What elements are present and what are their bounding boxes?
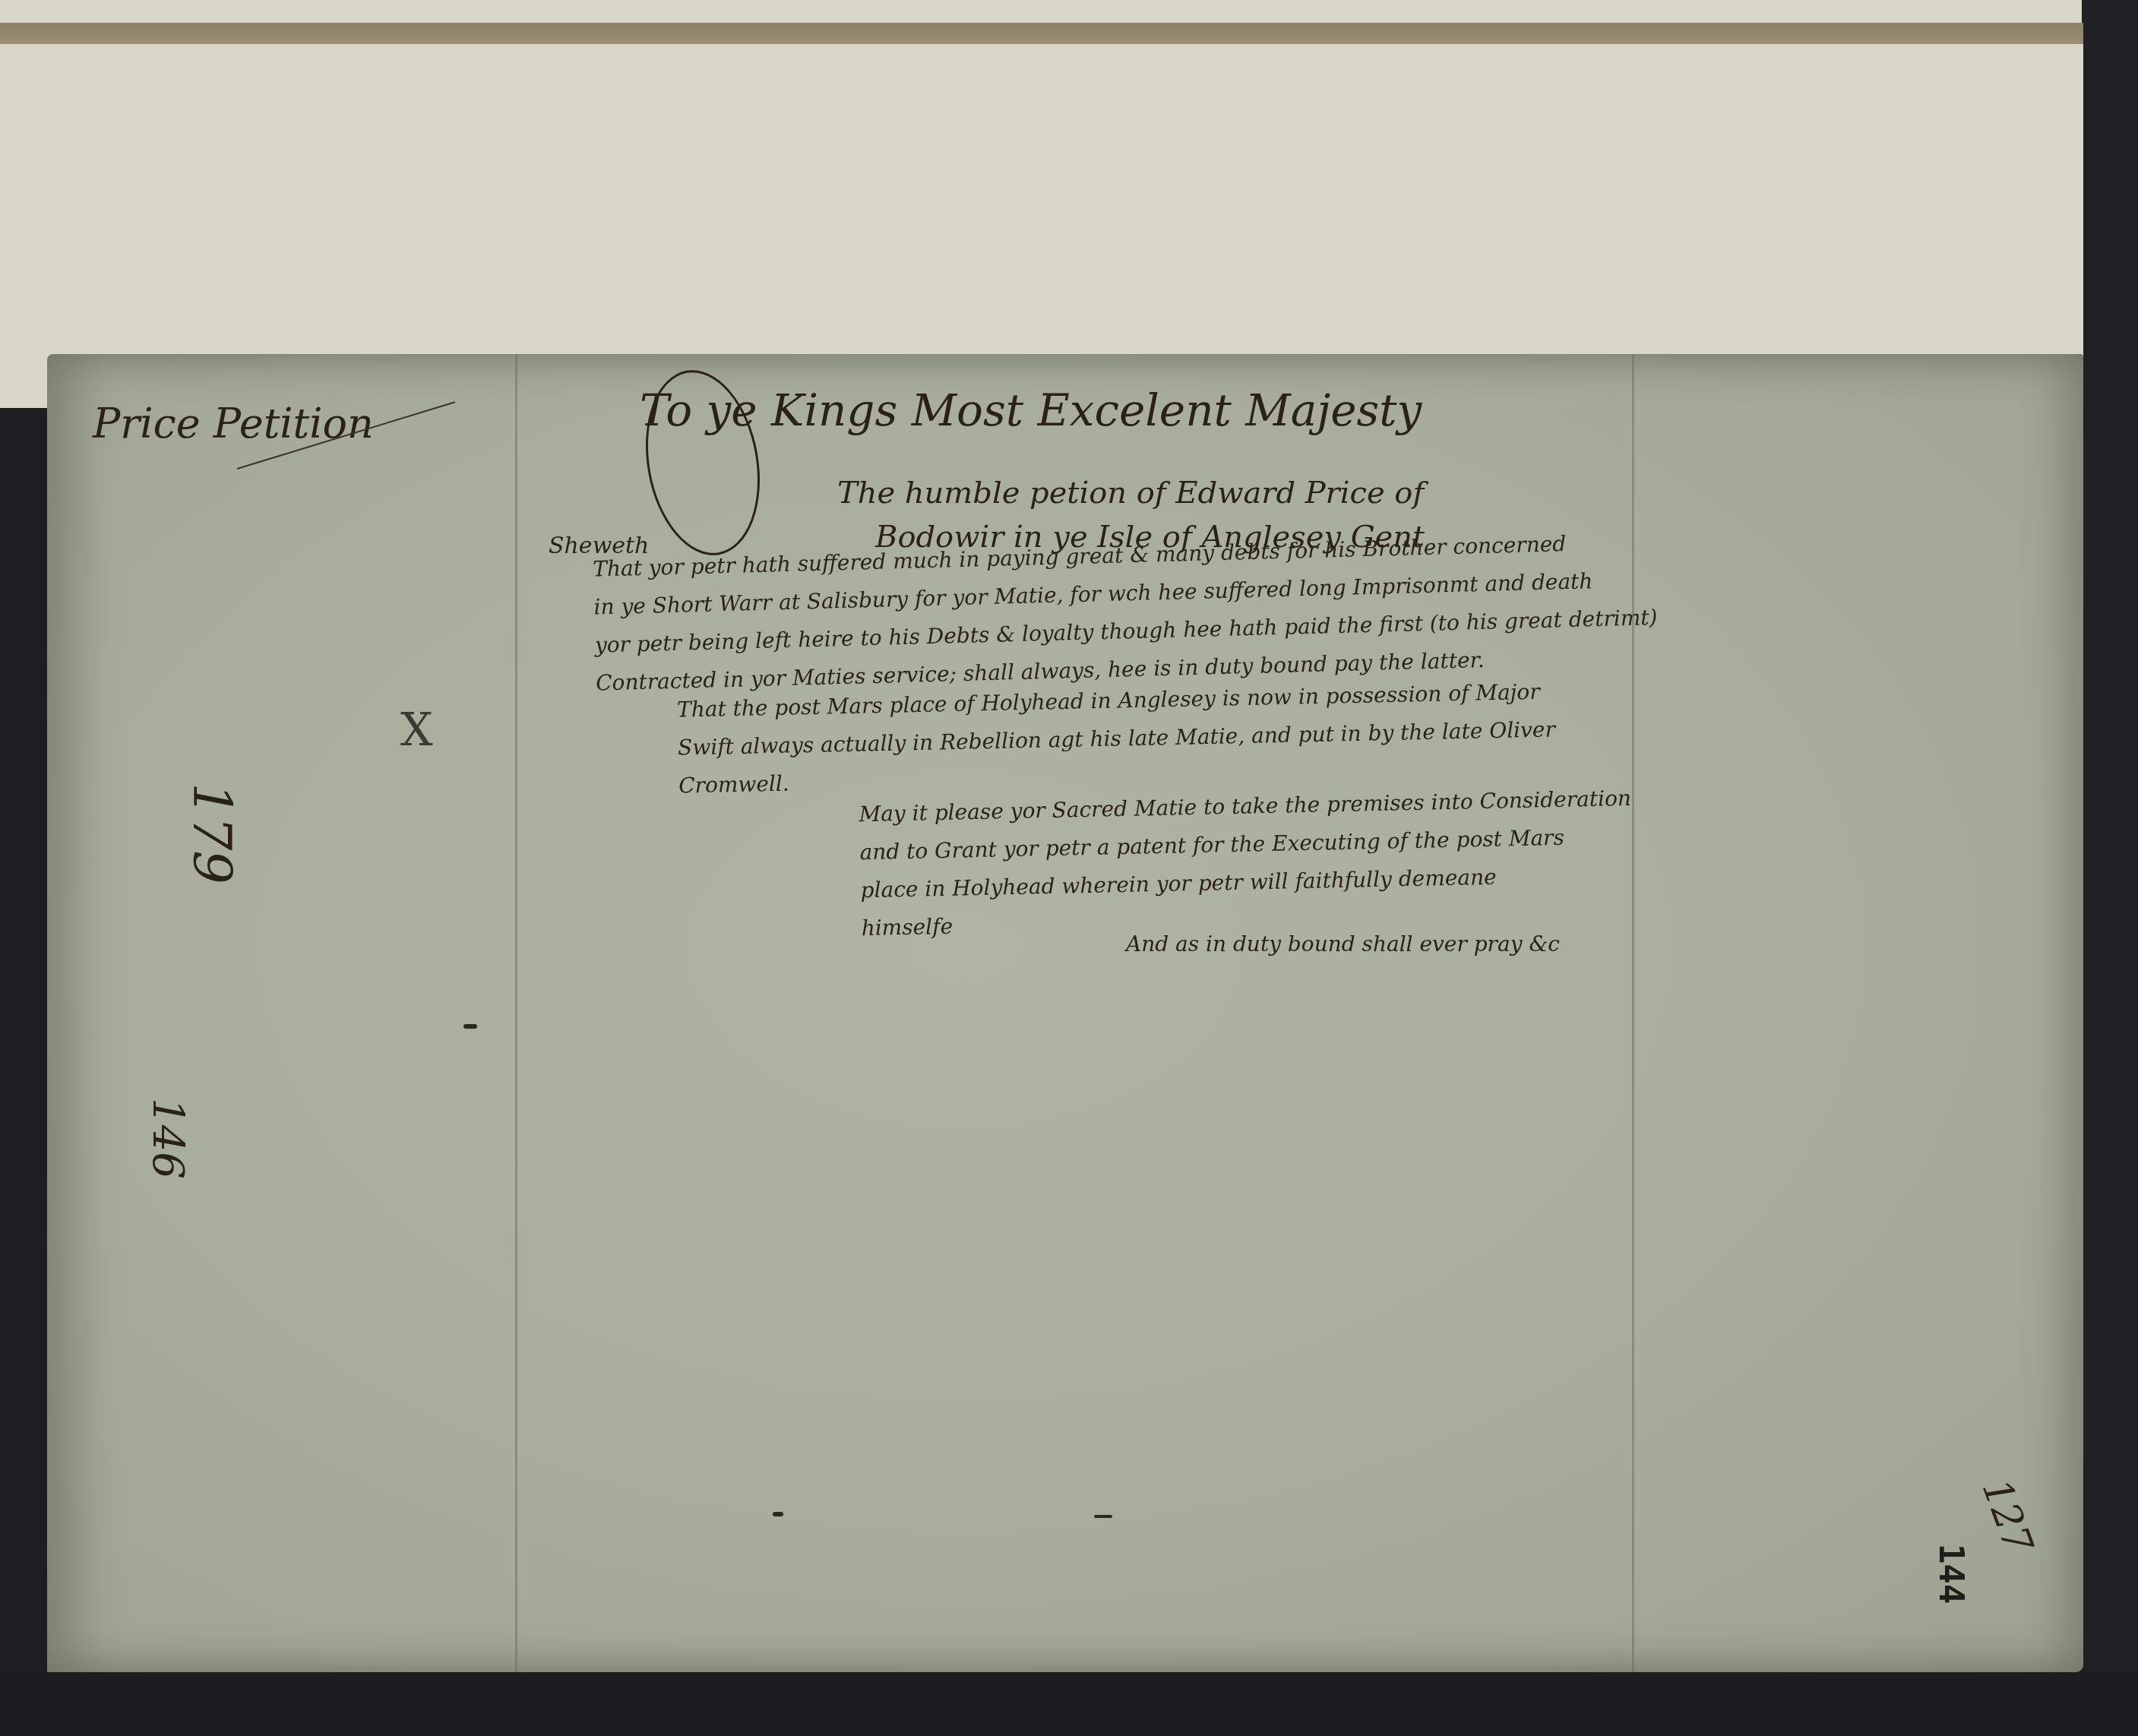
- ink-blot: [1094, 1515, 1112, 1518]
- petitioner-line-1: The humble petion of Edward Price of: [837, 476, 1424, 511]
- petition-address: To ye Kings Most Excelent Majesty: [640, 384, 1422, 436]
- bottom-backing: [0, 1671, 2138, 1736]
- archive-stamp: 144: [1931, 1544, 1970, 1604]
- margin-number-upper: 179: [181, 783, 243, 884]
- closing-formula: And as in duty bound shall ever pray &c: [1126, 931, 1560, 957]
- ink-blot: [463, 1024, 477, 1029]
- left-backing: [0, 408, 47, 1736]
- manuscript-sheet: Price Petition 179 146 X To ye Kings Mos…: [47, 354, 2083, 1672]
- folio-number: 127: [1972, 1473, 2041, 1560]
- top-mount-band: [0, 23, 2086, 44]
- margin-number-lower: 146: [143, 1098, 192, 1179]
- right-backing: [2083, 0, 2138, 1736]
- top-mount-strip: [0, 0, 2082, 23]
- fold-line-left: [515, 354, 517, 1672]
- margin-cross-mark: X: [400, 704, 433, 757]
- ink-blot: [773, 1512, 783, 1516]
- paragraph-request: May it please yor Sacred Matie to take t…: [859, 779, 1675, 947]
